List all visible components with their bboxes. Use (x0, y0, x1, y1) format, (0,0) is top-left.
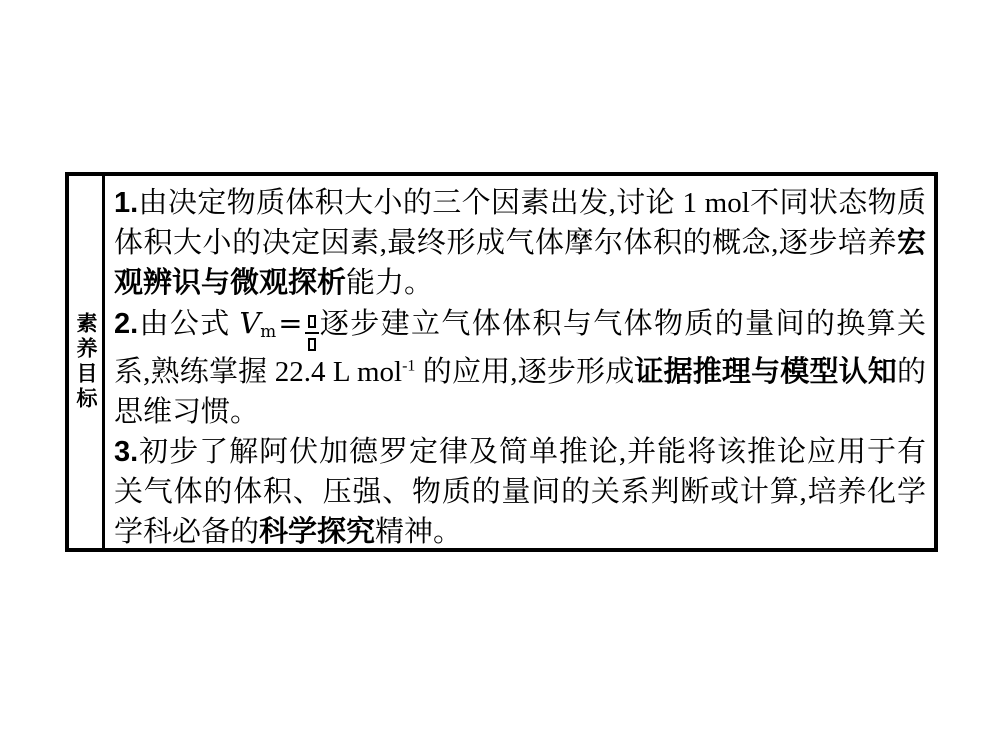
objective-item-3: 3.初步了解阿伏加德罗定律及简单推论,并能将该推论应用于有关气体的体积、压强、物… (114, 432, 926, 548)
objectives-panel: 素养目标 1.由决定物质体积大小的三个因素出发,讨论 1 mol不同状态物质体积… (65, 172, 938, 552)
item-1-text: 由决定物质体积大小的三个因素出发,讨论 1 mol不同状态物质体积大小的决定因素… (114, 187, 926, 259)
formula-subscript: m (260, 321, 276, 341)
sidebar-label: 素养目标 (75, 312, 96, 412)
molar-volume-formula: Vm= (239, 306, 318, 340)
item-2-number: 2. (114, 308, 138, 340)
item-3-bold-term: 科学探究 (259, 516, 375, 548)
item-3-number: 3. (114, 436, 138, 468)
formula-fraction (305, 314, 319, 352)
missing-glyph-box-icon (308, 338, 316, 351)
item-1-text-end: 能力。 (346, 267, 433, 299)
objective-item-1: 1.由决定物质体积大小的三个因素出发,讨论 1 mol不同状态物质体积大小的决定… (114, 183, 926, 303)
formula-variable: V (239, 306, 260, 340)
slide: 素养目标 1.由决定物质体积大小的三个因素出发,讨论 1 mol不同状态物质体积… (0, 0, 1000, 750)
denominator-missing-glyph-box-icon (305, 334, 319, 352)
numerator-missing-glyph-box-icon (305, 314, 319, 334)
missing-glyph-box-icon (308, 315, 316, 328)
objective-item-2: 2.由公式 Vm=逐步建立气体体积与气体物质的量间的换算关系,熟练掌握 22.4… (114, 303, 926, 432)
item-2-bold-term: 证据推理与模型认知 (634, 356, 897, 388)
item-3-text-end: 精神。 (375, 516, 462, 548)
unit-exponent: -1 (402, 358, 415, 375)
panel-sidebar: 素养目标 (69, 176, 105, 548)
item-3-text: 初步了解阿伏加德罗定律及简单推论,并能将该推论应用于有关气体的体积、压强、物质的… (114, 436, 926, 548)
item-2-text: 由公式 (138, 308, 239, 340)
panel-content: 1.由决定物质体积大小的三个因素出发,讨论 1 mol不同状态物质体积大小的决定… (105, 176, 934, 548)
item-1-number: 1. (114, 187, 138, 219)
formula-equals: = (276, 306, 304, 340)
item-2-text-mid2: 的应用,逐步形成 (415, 356, 634, 388)
